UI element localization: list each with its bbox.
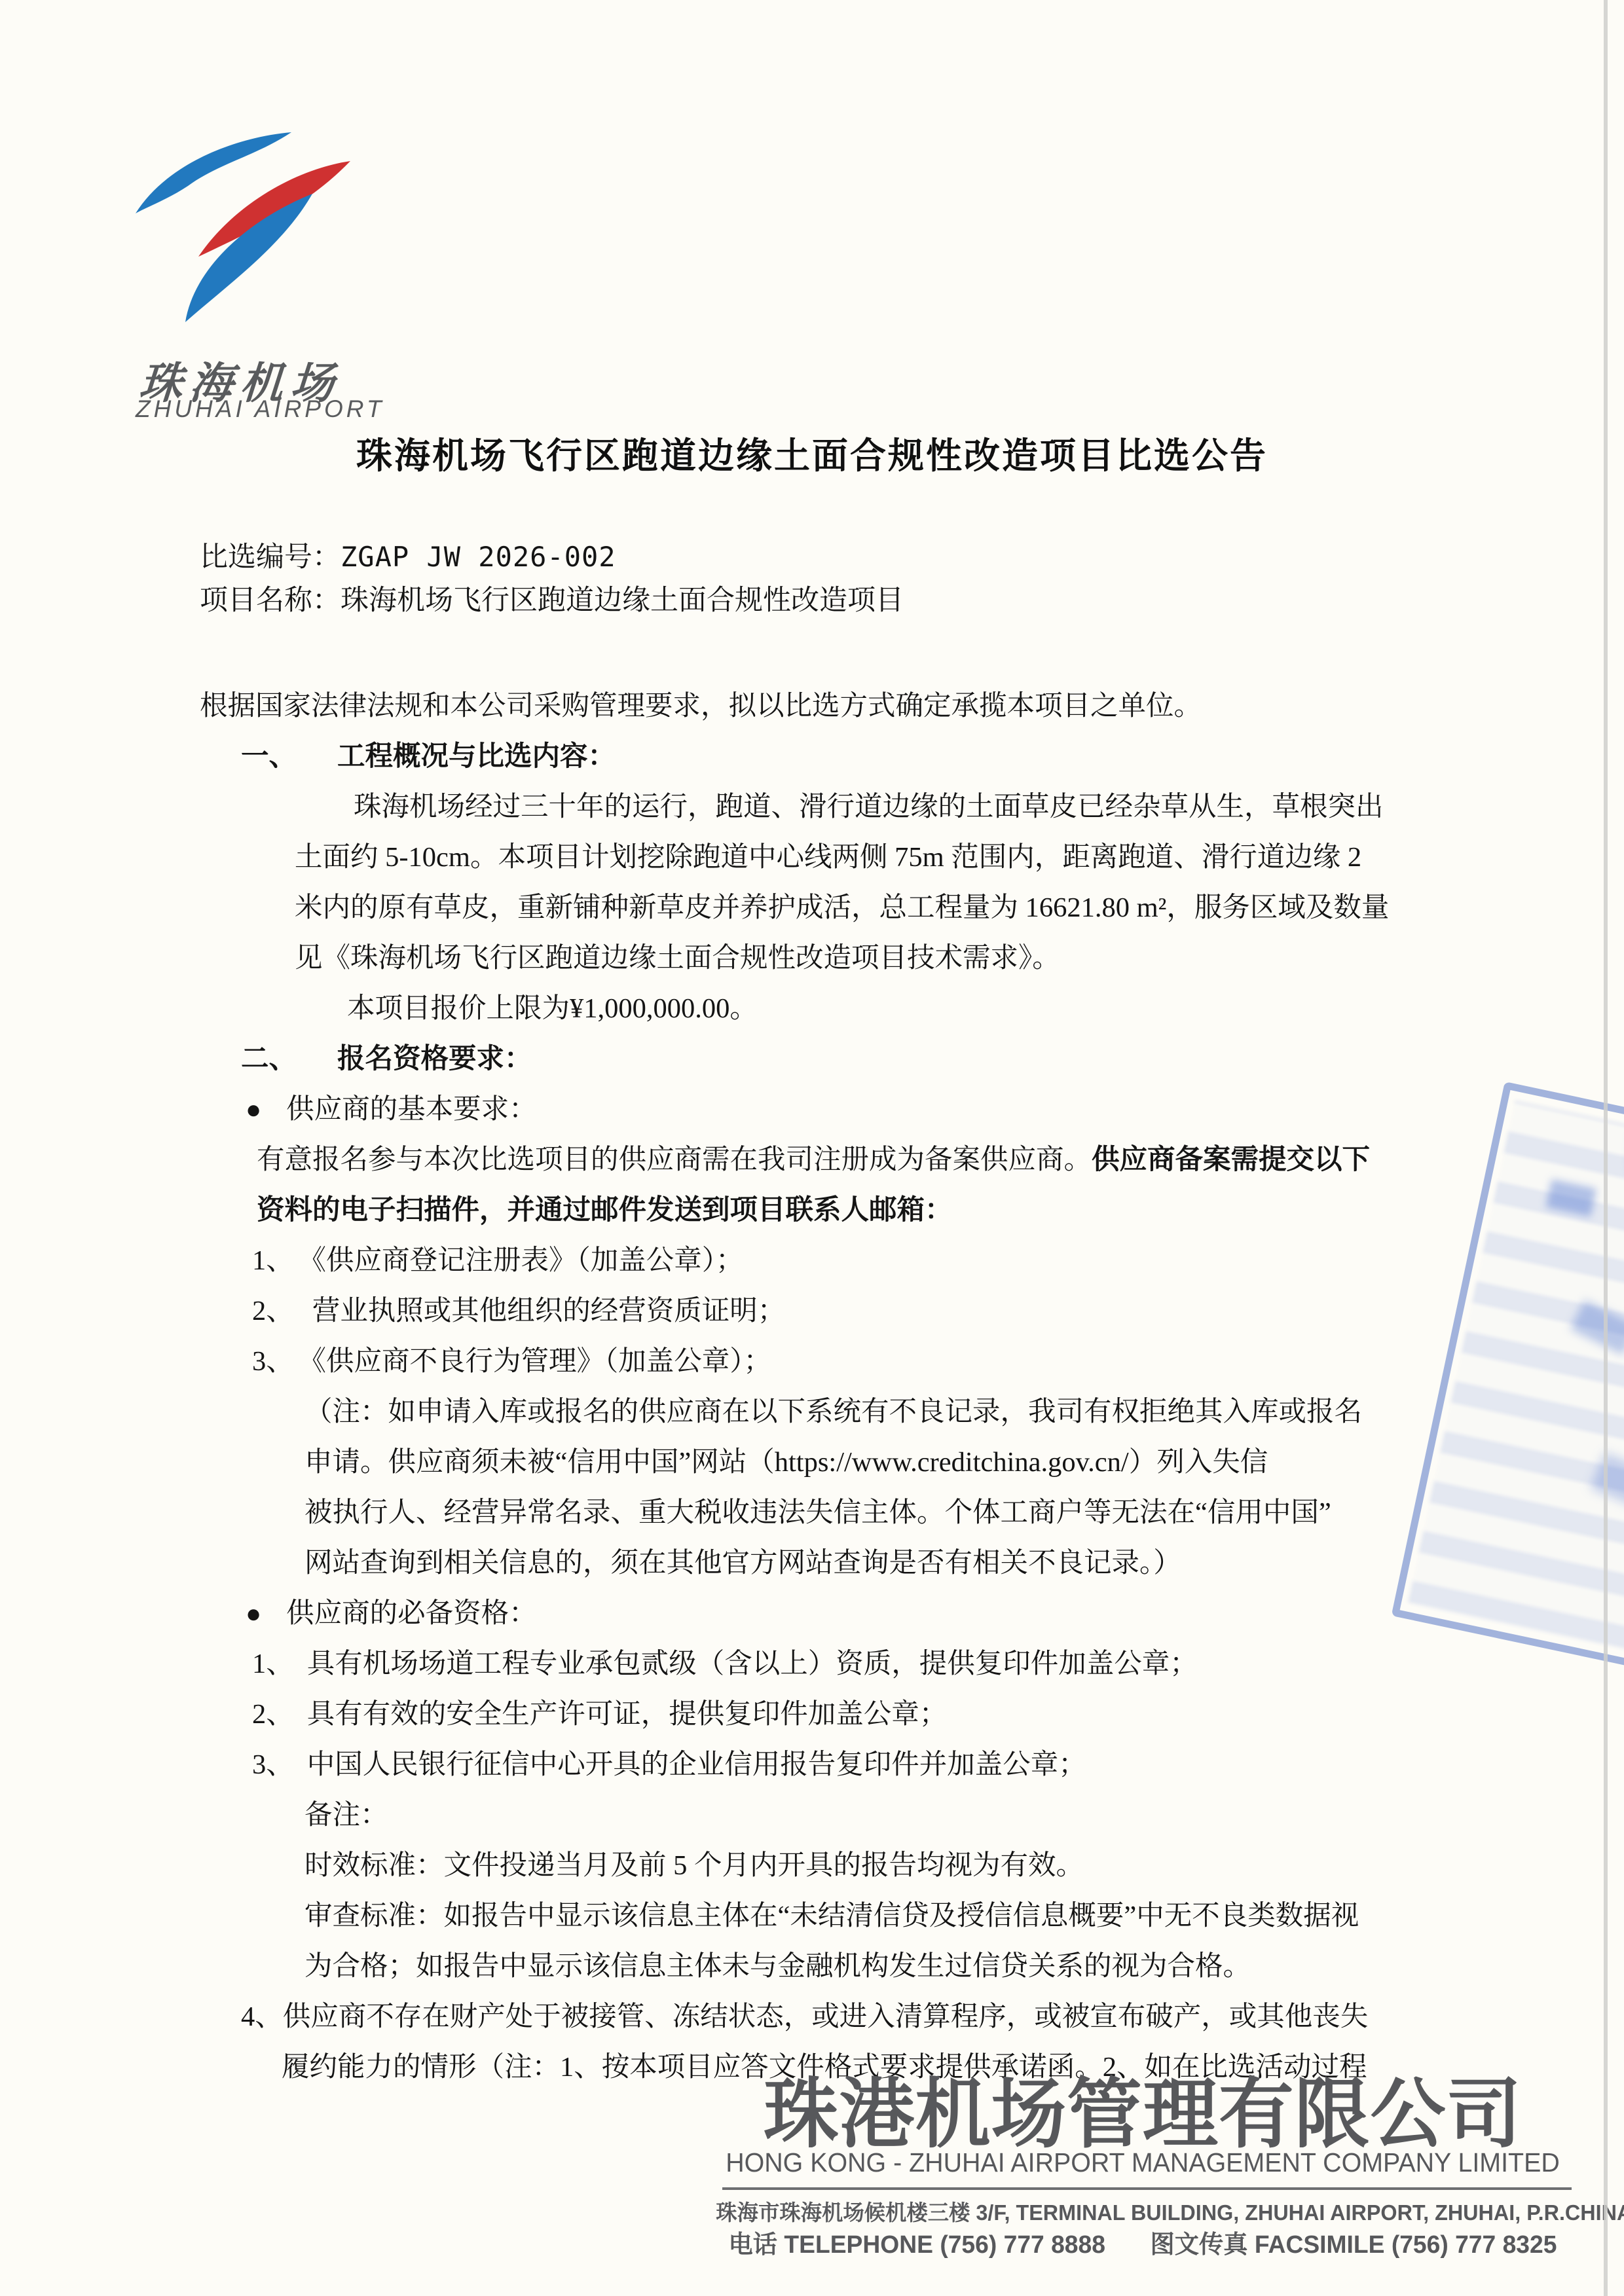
remark-line: 为合格；如报告中显示该信息主体未与金融机构发生过信贷关系的视为合格。 xyxy=(0,1941,1624,1992)
required-qualifications-title: 供应商的必备资格： xyxy=(286,1598,537,1629)
footer-address: 珠海市珠海机场候机楼三楼 3/F, TERMINAL BUILDING, ZHU… xyxy=(716,2196,1569,2227)
supplier-intro-bold: 资料的电子扫描件，并通过邮件发送到项目联系人邮箱： xyxy=(257,1195,953,1226)
basic-requirements-heading: ●供应商的基本要求： xyxy=(0,1084,1624,1135)
item-text: 中国人民银行征信中心开具的企业信用报告复印件并加盖公章； xyxy=(307,1749,1086,1780)
section-1-para-line: 土面约 5-10cm。本项目计划挖除跑道中心线两侧 75m 范围内，距离跑道、滑… xyxy=(0,832,1624,883)
scanned-announcement-page: 珠海机场 ZHUHAI AIRPORT 珠海机场飞行区跑道边缘土面合规性改造项目… xyxy=(0,0,1624,2296)
supplier-intro-normal: 有意报名参与本次比选项目的供应商需在我司注册成为备案供应商。 xyxy=(257,1144,1092,1175)
section-1-para-line: 见《珠海机场飞行区跑道边缘土面合规性改造项目技术需求》。 xyxy=(0,933,1624,983)
required-item: 3、中国人民银行征信中心开具的企业信用报告复印件并加盖公章； xyxy=(0,1740,1624,1790)
bullet-icon: ● xyxy=(246,1599,261,1628)
section-1-para-line: 珠海机场经过三十年的运行，跑道、滑行道边缘的土面草皮已经杂草从生，草根突出 xyxy=(0,782,1624,832)
basic-requirements-title: 供应商的基本要求： xyxy=(286,1094,537,1125)
scan-edge-line xyxy=(1604,0,1608,2296)
bid-number-line: 比选编号：ZGAP JW 2026-002 xyxy=(200,536,904,579)
project-name-label: 项目名称： xyxy=(200,585,341,616)
supplier-intro-line: 有意报名参与本次比选项目的供应商需在我司注册成为备案供应商。供应商备案需提交以下 xyxy=(0,1135,1624,1185)
supplier-intro-line: 资料的电子扫描件，并通过邮件发送到项目联系人邮箱： xyxy=(0,1185,1624,1235)
basic-item: 2、营业执照或其他组织的经营资质证明； xyxy=(0,1286,1624,1336)
required-qualifications-heading: ●供应商的必备资格： xyxy=(0,1588,1624,1639)
intro-paragraph: 根据国家法律法规和本公司采购管理要求，拟以比选方式确定承揽本项目之单位。 xyxy=(0,681,1624,731)
footer-divider xyxy=(722,2187,1572,2190)
credit-note-line: （注：如申请入库或报名的供应商在以下系统有不良记录，我司有权拒绝其入库或报名 xyxy=(0,1387,1624,1437)
section-1-title: 工程概况与比选内容： xyxy=(337,741,616,772)
item-number: 2、 xyxy=(252,1296,294,1326)
item-number: 4、 xyxy=(241,2001,283,2032)
project-name-line: 项目名称：珠海机场飞行区跑道边缘土面合规性改造项目 xyxy=(200,579,904,623)
item-number: 3、 xyxy=(252,1346,294,1377)
footer-phone-fax: 电话 TELEPHONE (756) 777 8888图文传真 FACSIMIL… xyxy=(716,2224,1569,2260)
logo-en-text: ZHUHAI AIRPORT xyxy=(136,395,384,423)
airport-swoosh-icon xyxy=(134,131,357,327)
required-item: 2、具有有效的安全生产许可证，提供复印件加盖公章； xyxy=(0,1689,1624,1740)
footer-company-name-cn: 珠港机场管理有限公司 xyxy=(712,2053,1574,2162)
footer-telephone: 电话 TELEPHONE (756) 777 8888 xyxy=(729,2231,1105,2259)
remark-label: 备注： xyxy=(0,1790,1624,1840)
credit-note-line: 申请。供应商须未被“信用中国”网站（https://www.creditchin… xyxy=(0,1437,1624,1487)
item-number: 1、 xyxy=(252,1245,294,1276)
item-text: 具有有效的安全生产许可证，提供复印件加盖公章； xyxy=(307,1699,948,1730)
supplier-intro-bold: 供应商备案需提交以下 xyxy=(1092,1144,1370,1175)
item-number: 3、 xyxy=(252,1749,294,1780)
section-2-title: 报名资格要求： xyxy=(337,1044,532,1074)
item-number: 2、 xyxy=(252,1699,294,1730)
item-text: 《供应商登记注册表》（加盖公章）； xyxy=(312,1245,744,1276)
item-number: 1、 xyxy=(252,1649,294,1679)
item-text: 供应商不存在财产处于被接管、冻结状态，或进入清算程序，或被宣布破产，或其他丧失 xyxy=(283,2001,1369,2032)
project-name-value: 珠海机场飞行区跑道边缘土面合规性改造项目 xyxy=(341,585,904,616)
section-1-number: 一、 xyxy=(241,741,297,772)
credit-note-line: 被执行人、经营异常名录、重大税收违法失信主体。个体工商户等无法在“信用中国” xyxy=(0,1487,1624,1538)
section-2-heading: 二、报名资格要求： xyxy=(0,1034,1624,1084)
item-text: 《供应商不良行为管理》（加盖公章）； xyxy=(312,1346,771,1377)
document-body: 根据国家法律法规和本公司采购管理要求，拟以比选方式确定承揽本项目之单位。 一、工… xyxy=(0,681,1624,2092)
item-text: 营业执照或其他组织的经营资质证明； xyxy=(312,1296,786,1326)
required-item: 1、具有机场场道工程专业承包贰级（含以上）资质，提供复印件加盖公章； xyxy=(0,1639,1624,1689)
section-1-para-line: 米内的原有草皮，重新铺种新草皮并养护成活，总工程量为 16621.80 m²，服… xyxy=(0,883,1624,933)
section-1-heading: 一、工程概况与比选内容： xyxy=(0,731,1624,782)
footer-facsimile: 图文传真 FACSIMILE (756) 777 8325 xyxy=(1151,2231,1557,2259)
bid-number-label: 比选编号： xyxy=(200,542,341,573)
zhuhai-airport-logo: 珠海机场 ZHUHAI AIRPORT xyxy=(134,131,357,327)
item-4-line: 4、供应商不存在财产处于被接管、冻结状态，或进入清算程序，或被宣布破产，或其他丧… xyxy=(0,1992,1624,2042)
meta-block: 比选编号：ZGAP JW 2026-002 项目名称：珠海机场飞行区跑道边缘土面… xyxy=(200,536,904,623)
footer-company-name-en: HONG KONG - ZHUHAI AIRPORT MANAGEMENT CO… xyxy=(725,2147,1561,2178)
remark-line: 审查标准：如报告中显示该信息主体在“未结清信贷及授信信息概要”中无不良类数据视 xyxy=(0,1891,1624,1941)
basic-item: 3、《供应商不良行为管理》（加盖公章）； xyxy=(0,1336,1624,1387)
item-text: 具有机场场道工程专业承包贰级（含以上）资质，提供复印件加盖公章； xyxy=(307,1649,1198,1679)
bid-number-value: ZGAP JW 2026-002 xyxy=(341,541,616,573)
price-cap-line: 本项目报价上限为¥1,000,000.00。 xyxy=(0,983,1624,1034)
section-2-number: 二、 xyxy=(241,1044,297,1074)
bullet-icon: ● xyxy=(246,1095,261,1124)
remark-line: 时效标准：文件投递当月及前 5 个月内开具的报告均视为有效。 xyxy=(0,1840,1624,1891)
basic-item: 1、《供应商登记注册表》（加盖公章）； xyxy=(0,1235,1624,1286)
credit-note-line: 网站查询到相关信息的，须在其他官方网站查询是否有相关不良记录。） xyxy=(0,1538,1624,1588)
page-title: 珠海机场飞行区跑道边缘土面合规性改造项目比选公告 xyxy=(0,427,1624,479)
